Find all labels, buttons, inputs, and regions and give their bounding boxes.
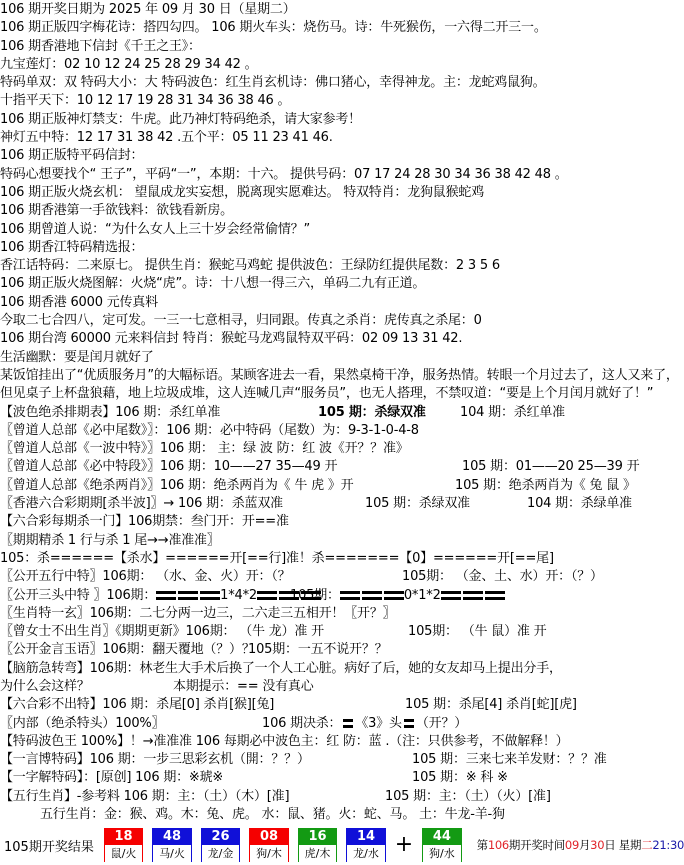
wave-table-label: 【波色绝杀排期表】: [0, 405, 115, 420]
brain-teaser-line1: 【脑筋急转弯】106期：林老生大手术后换了一个人工心脏。病好了后，她的女友却马上…: [0, 660, 684, 678]
humor-title: 生活幽默：要是闰月就好了: [0, 349, 684, 367]
internal-head-line: 〖内部（绝杀特头）100%〗 106 期决杀：《3》头（开？）: [0, 715, 684, 733]
result-ball: 18 鼠/火: [104, 828, 143, 862]
zeng-lady-105: 105期： （牛 鼠）准 开: [408, 623, 546, 641]
ball-zodiac: 马/火: [153, 845, 190, 862]
one-word-105: 105 期：三来七来羊发财：？？准: [412, 751, 607, 769]
three-heads-105-value: 0*1*2: [404, 588, 441, 603]
internal-head-suffix: （开？）: [416, 716, 467, 731]
ball-number: 48: [153, 829, 190, 845]
draw-result-label: 105期开奖结果: [4, 836, 94, 855]
zeng-lady-106: 〖曾女士不出生肖〗《期期更新》106期： （牛 龙）准 开: [0, 624, 324, 639]
result-ball: 08 狗/木: [249, 828, 288, 862]
xiangjiang-title: 106 期香江特码精选报：: [0, 239, 684, 257]
internal-head-label: 〖内部（绝杀特头）100%〗: [0, 716, 164, 731]
kill-door-line: 【六合彩每期杀一门】106期禁：叁门开：开==准: [0, 513, 684, 531]
ball-number: 44: [423, 829, 460, 845]
brain-teaser-hint: 本期提示：== 没有真心: [173, 678, 314, 696]
result-ball: 14 龙/水: [346, 828, 385, 862]
ball-zodiac: 鼠/火: [105, 845, 142, 862]
no-special-105: 105 期：杀尾[4] 杀肖[蛇][虎]: [405, 696, 577, 714]
prince-line: 特码心想要找个“ 王子”，平码“一”，本期：十六。 提供号码：07 17 24 …: [0, 166, 684, 184]
result-ball: 26 龙/金: [201, 828, 240, 862]
ten-fingers-line: 十指平天下：10 12 17 19 28 31 34 36 38 46 。: [0, 92, 684, 110]
half-wave-104: 104 期：杀绿单准: [527, 495, 632, 513]
wave-kill-table: 【波色绝杀排期表】106 期：杀红单准 105 期：杀绿双准 104 期：杀红单…: [0, 404, 684, 422]
next-text: 第: [477, 838, 488, 852]
lamp-ban-line: 106 期正版神灯禁支：牛虎。此乃神灯特码绝杀，请大家参考！: [0, 111, 684, 129]
masked-bars-icon: [441, 591, 505, 600]
ball-number: 16: [299, 829, 336, 845]
one-char-line: 【一字解特码】：[原创] 106 期：※琥※ 105 期：※ 科 ※: [0, 769, 684, 787]
golden-words-line: 〖公开金言玉语〗106期：翻天覆地（？）？ 105期：一五不说开？？: [0, 641, 684, 659]
next-time: 21:30: [652, 838, 684, 852]
ball-number: 08: [250, 829, 287, 845]
one-word-line: 【一言博特码】106 期：一步三思彩玄机（開：？？） 105 期：三来七来羊发财…: [0, 751, 684, 769]
masked-bars-icon: [156, 591, 220, 600]
draw-date-line: 106 期开奖日期为 2025 年 09 月 30 日（星期二）: [0, 1, 684, 19]
fire-diagram-line: 106 期正版火烧图解：火烧“虎”。诗：十八想一得三六，单码二九有正道。: [0, 275, 684, 293]
next-weekday: 二: [641, 838, 652, 852]
kill-element-title: 〖期期精杀 1 行与杀 1 尾→→准准准〗: [0, 532, 684, 550]
kill-element-line: 105：杀======【杀水】======开[==行]准！杀=======【0】…: [0, 550, 684, 568]
zdr-tail-line: 〖曾道人总部《必中尾数》〗：106 期：必中特码（尾数）为：9-3-1-0-4-…: [0, 422, 684, 440]
five-elements-line: 【五行生肖】-参考料 106 期：主：（土）（木）[准] 105 期：主：（土）…: [0, 788, 684, 806]
three-heads-106-label: 〖公开三头中特 〗106期：: [0, 588, 156, 603]
plum-poem-line: 106 期正版四字梅花诗：搭四勾四。 106 期火车头：烧伤马。诗：牛死猴伤，一…: [0, 19, 684, 37]
wave-table-106: 106 期：杀红单准: [115, 405, 220, 420]
fax-title: 106 期香港 6000 元传真料: [0, 294, 684, 312]
masked-bar-icon: [343, 719, 353, 728]
no-special-line: 【六合彩不出特】106 期：杀尾[0] 杀肖[猴][兔] 105 期：杀尾[4]…: [0, 696, 684, 714]
special-flat-title: 106 期正版特平码信封：: [0, 147, 684, 165]
zeng-says-line: 106 期曾道人说：“为什么女人上三十岁会经常偷情？”: [0, 221, 684, 239]
zdr-kill2-106: 〖曾道人总部《绝杀两肖》〗106 期：绝杀两肖为《 牛 虎 》开: [0, 478, 353, 493]
brain-teaser-question: 为什么会这样？: [0, 679, 90, 694]
five-elements-105: 105 期：主：（土）（火）[准]: [385, 788, 551, 806]
lamp-five-line: 神灯五中特：12 17 31 38 42 .五个平：05 11 23 41 46…: [0, 129, 684, 147]
zdr-segment-105: 105 期：01——20 25—39 开: [462, 458, 639, 476]
next-text: 月: [579, 838, 590, 852]
wave-table-104: 104 期：杀红单准: [460, 404, 565, 422]
lottery-document: 106 期开奖日期为 2025 年 09 月 30 日（星期二） 106 期正版…: [0, 1, 684, 824]
zdr-kill2-105: 105 期：绝杀两肖为《 兔 鼠 》: [455, 477, 636, 495]
next-day: 30: [590, 838, 604, 852]
fax-line: 今取二七合四八，定可发。一三一七意相寻，归同跟。传真之杀肖：虎传真之杀尾：0: [0, 312, 684, 330]
masked-bars-icon: [340, 591, 404, 600]
next-text: 期开奖时间: [509, 838, 565, 852]
one-char-105: 105 期：※ 科 ※: [412, 769, 508, 787]
ball-zodiac: 狗/木: [250, 845, 287, 862]
result-ball: 48 马/火: [152, 828, 191, 862]
wuxing-105: 105期： （金、土、水）开：（？）: [402, 568, 603, 586]
wave-king-line: 【特码波色王 100%】！→准准准 106 每期必中波色主：红 防：蓝 .（注：…: [0, 733, 684, 751]
golden-words-105: 105期：一五不说开？？: [248, 641, 387, 659]
special-ball: 44 狗/水: [422, 828, 461, 862]
hk-underground-title: 106 期香港地下信封《千王之王》：: [0, 38, 684, 56]
taiwan-line: 106 期台湾 60000 元来料信封 特肖：猴蛇马龙鸡鼠特双平码：02 09 …: [0, 330, 684, 348]
zdr-segment-line: 〖曾道人总部《必中特段》〗106 期：10——27 35—49 开 105 期：…: [0, 458, 684, 476]
ball-number: 18: [105, 829, 142, 845]
zdr-kill2-line: 〖曾道人总部《绝杀两肖》〗106 期：绝杀两肖为《 牛 虎 》开 105 期：绝…: [0, 477, 684, 495]
plus-icon: +: [395, 828, 413, 862]
five-elements-list: 五行生肖：金：猴、鸡。木：兔、虎。 水：鼠、猪。火：蛇、马。 土：牛龙-羊-狗: [0, 806, 684, 824]
hk-half-wave-line: 〖香港六合彩期期[杀半波]〗→ 106 期：杀蓝双准 105 期：杀绿双准 10…: [0, 495, 684, 513]
xiangjiang-line: 香江话特码：二来原七。 提供生肖：猴蛇马鸡蛇 提供波色：王绿防红提供尾数：2 3…: [0, 257, 684, 275]
ball-number: 26: [202, 829, 239, 845]
no-special-106: 【六合彩不出特】106 期：杀尾[0] 杀肖[猴][兔]: [0, 697, 274, 712]
three-heads-105-label: 105期：: [290, 588, 340, 603]
ball-zodiac: 狗/水: [423, 845, 460, 862]
wuxing-106: 〖公开五行中特〗106期： （水、金、火）开：（？: [0, 569, 290, 584]
half-wave-105: 105 期：杀绿双准: [365, 495, 470, 513]
joke-paragraph: 某饭馆挂出了“优质服务月”的大幅标语。某顾客进去一看，果然桌椅干净，服务热情。转…: [0, 367, 680, 404]
wuxing-open-line: 〖公开五行中特〗106期： （水、金、火）开：（？ 105期： （金、土、水）开…: [0, 568, 684, 586]
next-month: 09: [565, 838, 579, 852]
zeng-lady-line: 〖曾女士不出生肖〗《期期更新》106期： （牛 龙）准 开 105期： （牛 鼠…: [0, 623, 684, 641]
half-wave-106: 〖香港六合彩期期[杀半波]〗→ 106 期：杀蓝双准: [0, 496, 283, 511]
golden-words-106: 〖公开金言玉语〗106期：翻天覆地（？）？: [0, 642, 255, 657]
one-char-106: 【一字解特码】：[原创] 106 期：※琥※: [0, 770, 223, 785]
result-ball: 16 虎/木: [298, 828, 337, 862]
one-word-106: 【一言博特码】106 期：一步三思彩玄机（開：？？）: [0, 752, 310, 767]
next-draw-info: 第106期开奖时间09月30日 星期二21:30: [477, 837, 684, 853]
ball-zodiac: 龙/水: [347, 845, 384, 862]
three-heads-106-value: 1*4*2: [220, 588, 257, 603]
zodiac-riddle-line: 〖生肖特一玄〗106期：二七分两一边三，二六走三五相开！〖开？〗: [0, 605, 684, 623]
masked-bar-icon: [404, 719, 414, 728]
internal-head-prefix: 106 期决杀：: [262, 716, 341, 731]
nine-lotus-line: 九宝莲灯：02 10 12 24 25 28 29 34 42 。: [0, 56, 684, 74]
brain-teaser-line2: 为什么会这样？ 本期提示：== 没有真心: [0, 678, 684, 696]
draw-result-bar: 105期开奖结果 18 鼠/火 48 马/火 26 龙/金 08 狗/木 16 …: [0, 828, 684, 862]
ball-number: 14: [347, 829, 384, 845]
fire-mystery-line: 106 期正版火烧玄机： 望鼠成龙实妄想，脱离现实愿难达。 特双特肖：龙狗鼠猴蛇…: [0, 184, 684, 202]
money-line: 106 期香港第一手欲钱料：欲钱看新房。: [0, 202, 684, 220]
ball-zodiac: 龙/金: [202, 845, 239, 862]
next-text: 日 星期: [604, 838, 641, 852]
internal-head-mid: 《3》头: [355, 716, 401, 731]
three-heads-line: 〖公开三头中特 〗106期：1*4*2 105期：0*1*2: [0, 587, 684, 605]
ball-zodiac: 虎/木: [299, 845, 336, 862]
next-issue: 106: [488, 838, 509, 852]
zdr-segment-106: 〖曾道人总部《必中特段》〗106 期：10——27 35—49 开: [0, 459, 337, 474]
wave-table-105: 105 期：杀绿双准: [318, 404, 426, 422]
zdr-wave-line: 〖曾道人总部《一波中特》〗106 期： 主：绿 波 防：红 波《开？？准》: [0, 440, 684, 458]
five-elements-106: 【五行生肖】-参考料 106 期：主：（土）（木）[准]: [0, 789, 289, 804]
odd-even-size-line: 特码单双：双 特码大小：大 特码波色：红生肖玄机诗：佛口猪心，幸得神龙。主：龙蛇…: [0, 74, 684, 92]
